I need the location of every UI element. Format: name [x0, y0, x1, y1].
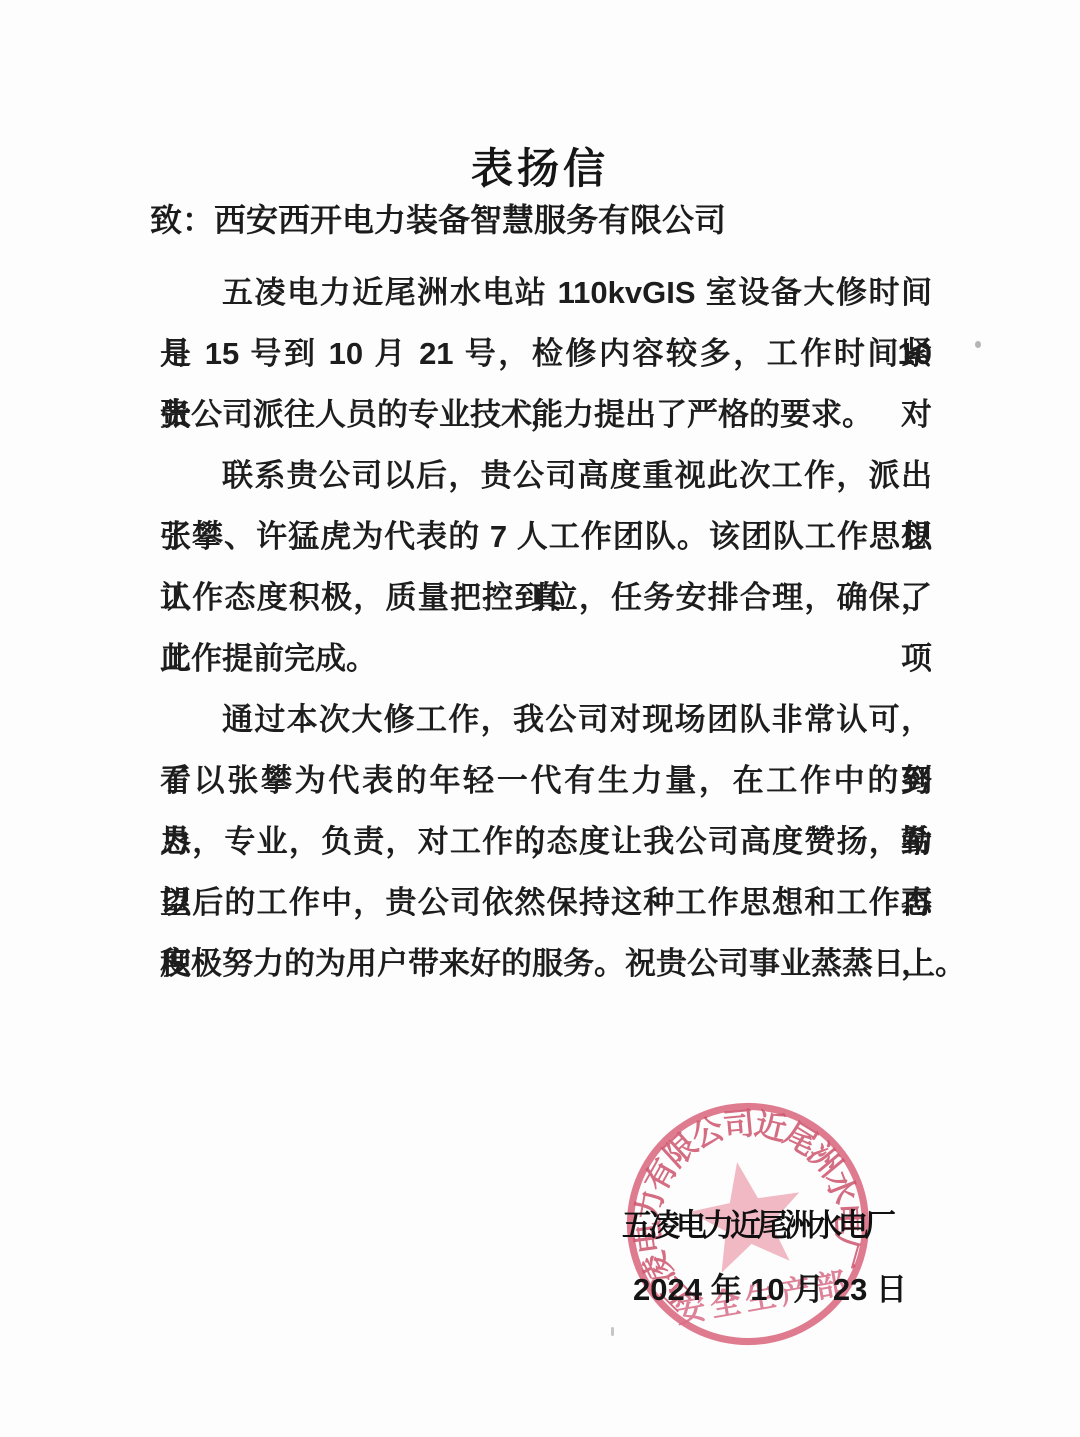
recipient-line: 致：西安西开电力装备智慧服务有限公司	[150, 200, 950, 240]
body-line: 联系贵公司以后，贵公司高度重视此次工作，派出了以	[160, 445, 932, 506]
body-line: 恳，专业，负责，对工作的态度让我公司高度赞扬，希望再	[160, 811, 932, 872]
body-line: 月 15 号到 10 月 21 号，检修内容较多，工作时间紧张，对	[160, 323, 932, 384]
date-line: 2024 年 10 月 23 日	[633, 1264, 907, 1309]
body-line: 积极努力的为用户带来好的服务。祝贵公司事业蒸蒸日上。	[160, 933, 932, 994]
body-line: 五凌电力近尾洲水电站 110kvGIS 室设备大修时间是 10	[160, 262, 932, 323]
body-line: 工作态度积极，质量把控到位，任务安排合理，确保了此项	[160, 567, 932, 628]
body-line: 通过本次大修工作，我公司对现场团队非常认可，看到	[160, 689, 932, 750]
paragraph-2: 联系贵公司以后，贵公司高度重视此次工作，派出了以 张攀、许猛虎为代表的 7 人工…	[160, 445, 932, 689]
letter-body: 五凌电力近尾洲水电站 110kvGIS 室设备大修时间是 10 月 15 号到 …	[160, 262, 932, 994]
paragraph-3: 通过本次大修工作，我公司对现场团队非常认可，看到 了以张攀为代表的年轻一代有生力…	[160, 689, 932, 994]
body-line: 了以张攀为代表的年轻一代有生力量，在工作中的努力，勤	[160, 750, 932, 811]
scan-artifact-dot	[975, 341, 981, 348]
paragraph-1: 五凌电力近尾洲水电站 110kvGIS 室设备大修时间是 10 月 15 号到 …	[160, 262, 932, 445]
body-line: 以后的工作中，贵公司依然保持这种工作思想和工作态度，	[160, 872, 932, 933]
signature-line: 五凌电力近尾洲水电厂	[622, 1200, 892, 1245]
scan-artifact-dot	[611, 1327, 614, 1336]
body-line: 张攀、许猛虎为代表的 7 人工作团队。该团队工作思想认真，	[160, 506, 932, 567]
letter-page: 表扬信 致：西安西开电力装备智慧服务有限公司 五凌电力近尾洲水电站 110kvG…	[0, 0, 1080, 1437]
body-line: 贵公司派往人员的专业技术能力提出了严格的要求。	[160, 384, 932, 445]
page-title: 表扬信	[0, 136, 1080, 196]
